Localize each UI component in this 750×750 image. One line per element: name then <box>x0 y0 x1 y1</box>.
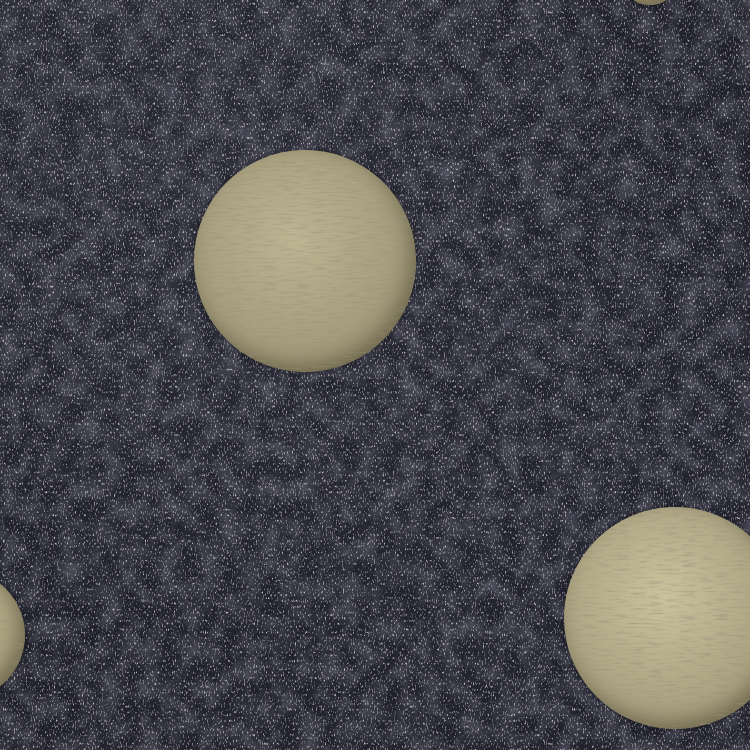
disc-upper-center <box>194 150 416 372</box>
crackled-leather-surface <box>0 0 750 750</box>
